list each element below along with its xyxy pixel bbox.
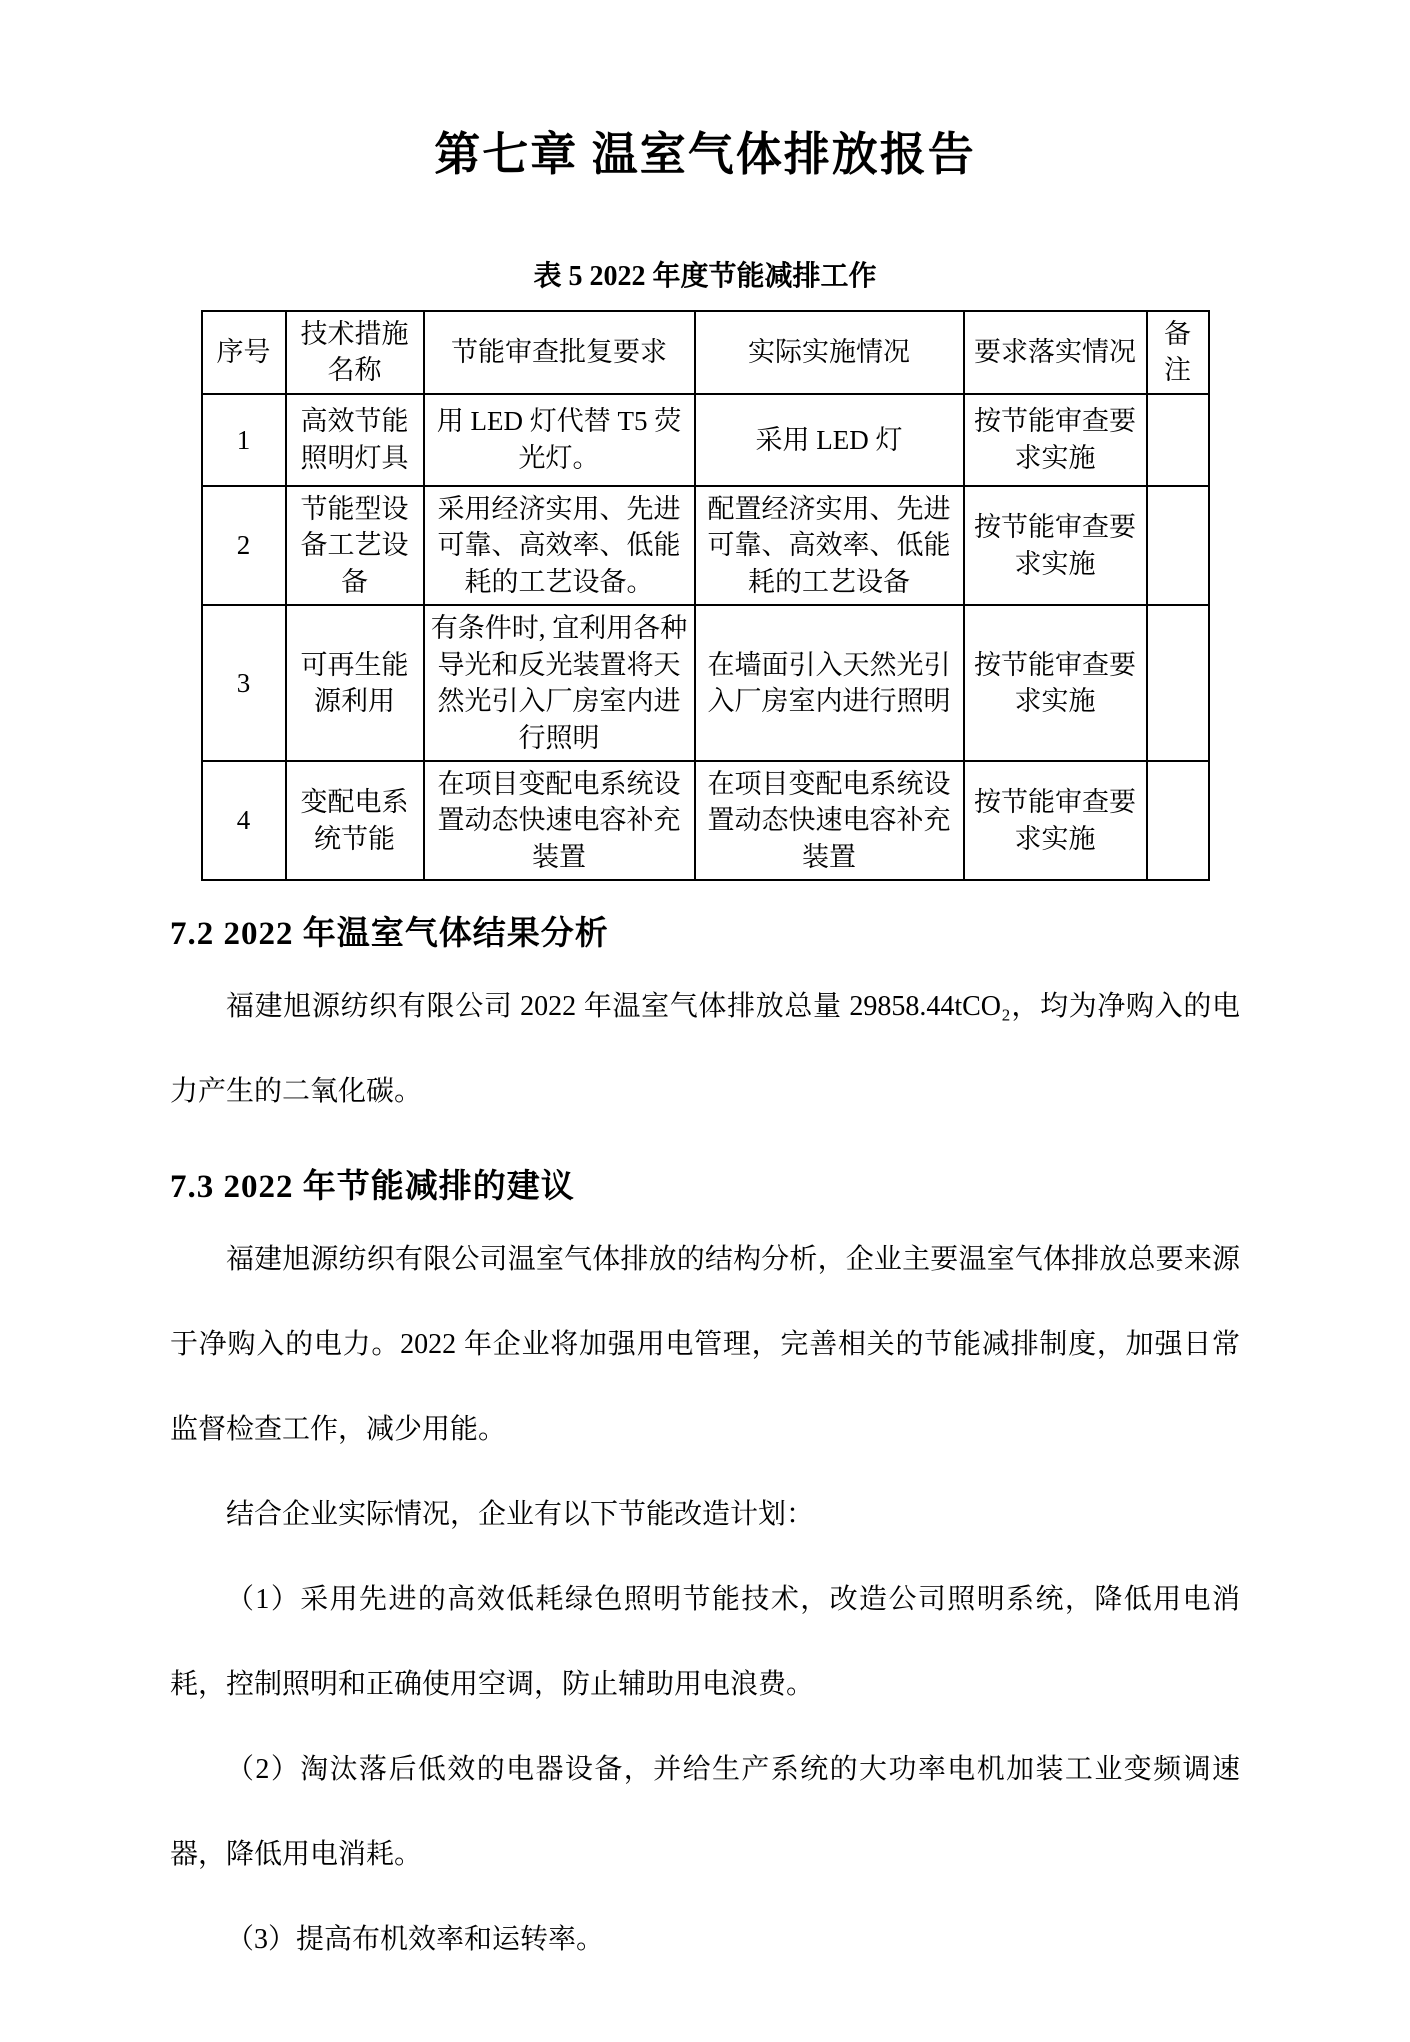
cell-approval-requirement: 用 LED 灯代替 T5 荧光灯。 [424,394,695,486]
cell-seq-no: 3 [202,605,286,761]
cell-actual-implementation: 配置经济实用、先进可靠、高效率、低能耗的工艺设备 [695,486,964,605]
cell-fulfillment-status: 按节能审查要求实施 [964,394,1147,486]
paragraph: （3）提高布机效率和运转率。 [170,1897,1240,1982]
cell-approval-requirement: 有条件时, 宜利用各种导光和反光装置将天然光引入厂房室内进行照明 [424,605,695,761]
energy-saving-table: 序号 技术措施名称 节能审查批复要求 实际实施情况 要求落实情况 备注 1 高效… [201,310,1210,881]
cell-measure-name: 变配电系统节能 [286,761,424,880]
header-remarks: 备注 [1147,311,1209,394]
cell-approval-requirement: 采用经济实用、先进可靠、高效率、低能耗的工艺设备。 [424,486,695,605]
cell-actual-implementation: 在墙面引入天然光引入厂房室内进行照明 [695,605,964,761]
header-measure-name: 技术措施名称 [286,311,424,394]
table-header-row: 序号 技术措施名称 节能审查批复要求 实际实施情况 要求落实情况 备注 [202,311,1209,394]
document-page: 第七章 温室气体排放报告 表 5 2022 年度节能减排工作 序号 技术措施名称… [0,0,1410,2042]
paragraph: 结合企业实际情况，企业有以下节能改造计划： [170,1472,1240,1557]
cell-remarks [1147,394,1209,486]
paragraph: （2）淘汰落后低效的电器设备，并给生产系统的大功率电机加装工业变频调速器，降低用… [170,1727,1240,1897]
header-fulfillment-status: 要求落实情况 [964,311,1147,394]
paragraph: 福建旭源纺织有限公司温室气体排放的结构分析，企业主要温室气体排放总要来源于净购入… [170,1217,1240,1472]
header-actual-implementation: 实际实施情况 [695,311,964,394]
section-heading-7-3: 7.3 2022 年节能减排的建议 [170,1160,1240,1207]
cell-seq-no: 4 [202,761,286,880]
chapter-title: 第七章 温室气体排放报告 [170,118,1240,184]
table-row: 2 节能型设备工艺设备 采用经济实用、先进可靠、高效率、低能耗的工艺设备。 配置… [202,486,1209,605]
cell-seq-no: 2 [202,486,286,605]
paragraph: 福建旭源纺织有限公司 2022 年温室气体排放总量 29858.44tCO₂，均… [170,964,1240,1134]
cell-seq-no: 1 [202,394,286,486]
table-caption: 表 5 2022 年度节能减排工作 [170,254,1240,294]
section-7-3: 7.3 2022 年节能减排的建议 福建旭源纺织有限公司温室气体排放的结构分析，… [170,1160,1240,1982]
cell-fulfillment-status: 按节能审查要求实施 [964,761,1147,880]
cell-approval-requirement: 在项目变配电系统设置动态快速电容补充装置 [424,761,695,880]
table-row: 4 变配电系统节能 在项目变配电系统设置动态快速电容补充装置 在项目变配电系统设… [202,761,1209,880]
cell-remarks [1147,605,1209,761]
header-approval-requirement: 节能审查批复要求 [424,311,695,394]
table-row: 1 高效节能照明灯具 用 LED 灯代替 T5 荧光灯。 采用 LED 灯 按节… [202,394,1209,486]
section-7-2: 7.2 2022 年温室气体结果分析 福建旭源纺织有限公司 2022 年温室气体… [170,907,1240,1134]
cell-measure-name: 可再生能源利用 [286,605,424,761]
table-row: 3 可再生能源利用 有条件时, 宜利用各种导光和反光装置将天然光引入厂房室内进行… [202,605,1209,761]
cell-actual-implementation: 采用 LED 灯 [695,394,964,486]
cell-fulfillment-status: 按节能审查要求实施 [964,486,1147,605]
cell-remarks [1147,486,1209,605]
cell-remarks [1147,761,1209,880]
cell-fulfillment-status: 按节能审查要求实施 [964,605,1147,761]
cell-actual-implementation: 在项目变配电系统设置动态快速电容补充装置 [695,761,964,880]
cell-measure-name: 节能型设备工艺设备 [286,486,424,605]
header-seq-no: 序号 [202,311,286,394]
section-heading-7-2: 7.2 2022 年温室气体结果分析 [170,907,1240,954]
cell-measure-name: 高效节能照明灯具 [286,394,424,486]
paragraph: （1）采用先进的高效低耗绿色照明节能技术，改造公司照明系统，降低用电消耗，控制照… [170,1557,1240,1727]
